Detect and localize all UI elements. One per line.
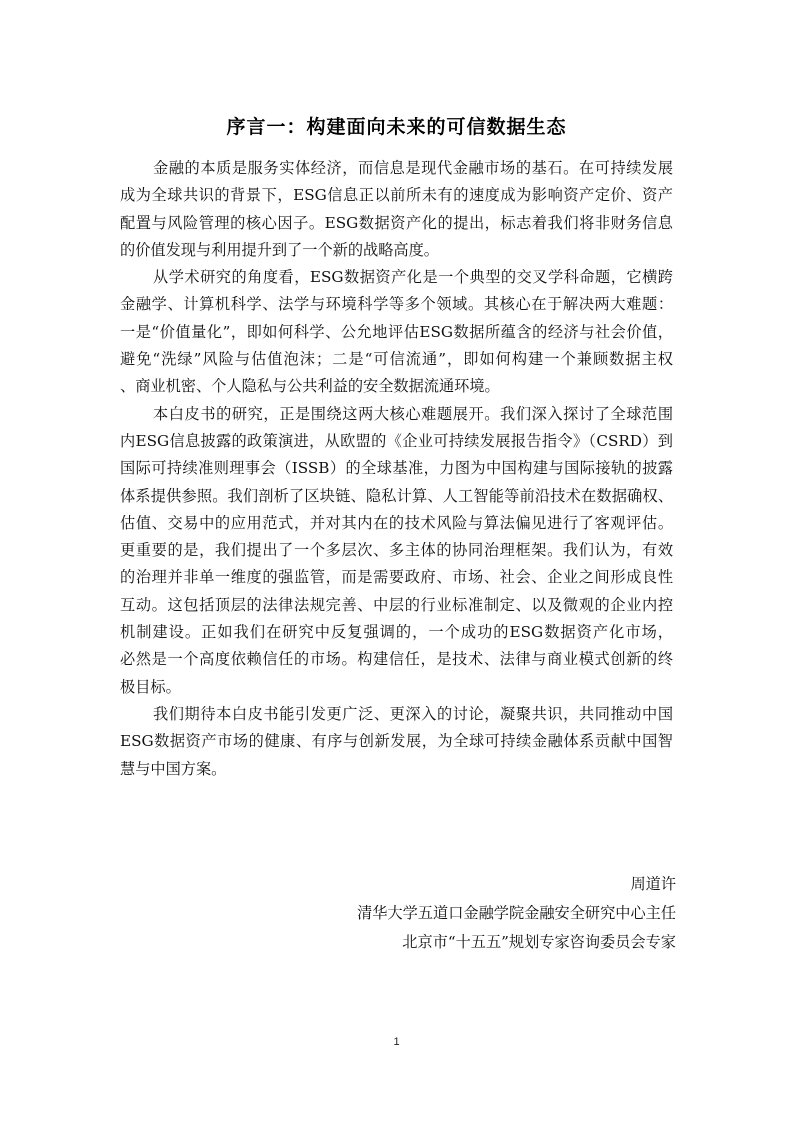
text-line: 互动。这包括顶层的法律法规完善、中层的行业标准制定、以及微观的企业内控 — [120, 592, 673, 619]
text-line: 的价值发现与利用提升到了一个新的战略高度。 — [120, 237, 673, 264]
text-line: ESG数据资产市场的健康、有序与创新发展，为全球可持续金融体系贡献中国智 — [120, 728, 673, 755]
text-line: 从学术研究的角度看，ESG数据资产化是一个典型的交叉学科命题，它横跨 — [120, 264, 673, 291]
text-line: 更重要的是，我们提出了一个多层次、多主体的协同治理框架。我们认为，有效 — [120, 537, 673, 564]
text-line: 机制建设。正如我们在研究中反复强调的，一个成功的ESG数据资产化市场， — [120, 619, 673, 646]
text-line: 金融学、计算机科学、法学与环境科学等多个领域。其核心在于解决两大难题： — [120, 291, 673, 318]
text-line: 一是“价值量化”，即如何科学、公允地评估ESG数据所蕴含的经济与社会价值， — [120, 319, 673, 346]
page-title: 序言一：构建面向未来的可信数据生态 — [0, 113, 793, 141]
text-line: 必然是一个高度依赖信任的市场。构建信任，是技术、法律与商业模式创新的终 — [120, 646, 673, 673]
paragraph-1: 金融的本质是服务实体经济，而信息是现代金融市场的基石。在可持续发展 成为全球共识… — [120, 155, 676, 264]
text-line: 体系提供参照。我们剖析了区块链、隐私计算、人工智能等前沿技术在数据确权、 — [120, 483, 673, 510]
text-line: 内ESG信息披露的政策演进，从欧盟的《企业可持续发展报告指令》（CSRD）到 — [120, 428, 673, 455]
paragraph-2: 从学术研究的角度看，ESG数据资产化是一个典型的交叉学科命题，它横跨 金融学、计… — [120, 264, 676, 400]
text-line: 慧与中国方案。 — [120, 756, 673, 783]
signature-block: 周道许 清华大学五道口金融学院金融安全研究中心主任 北京市“十五五”规划专家咨询… — [357, 870, 676, 957]
text-line: 极目标。 — [120, 674, 673, 701]
author-affiliation: 清华大学五道口金融学院金融安全研究中心主任 — [357, 899, 676, 928]
document-page: 序言一：构建面向未来的可信数据生态 金融的本质是服务实体经济，而信息是现代金融市… — [0, 0, 793, 1122]
author-name: 周道许 — [357, 870, 676, 899]
paragraph-3: 本白皮书的研究，正是围绕这两大核心难题展开。我们深入探讨了全球范围 内ESG信息… — [120, 401, 676, 701]
text-line: 、商业机密、个人隐私与公共利益的安全数据流通环境。 — [120, 373, 673, 400]
text-line: 避免“洗绿”风险与估值泡沫；二是“可信流通”，即如何构建一个兼顾数据主权 — [120, 346, 673, 373]
text-line: 金融的本质是服务实体经济，而信息是现代金融市场的基石。在可持续发展 — [120, 155, 673, 182]
text-line: 本白皮书的研究，正是围绕这两大核心难题展开。我们深入探讨了全球范围 — [120, 401, 673, 428]
text-line: 估值、交易中的应用范式，并对其内在的技术风险与算法偏见进行了客观评估。 — [120, 510, 673, 537]
text-line: 国际可持续准则理事会（ISSB）的全球基准，力图为中国构建与国际接轨的披露 — [120, 455, 673, 482]
document-body: 金融的本质是服务实体经济，而信息是现代金融市场的基石。在可持续发展 成为全球共识… — [120, 155, 676, 783]
text-line: 成为全球共识的背景下，ESG信息正以前所未有的速度成为影响资产定价、资产 — [120, 182, 673, 209]
text-line: 我们期待本白皮书能引发更广泛、更深入的讨论，凝聚共识，共同推动中国 — [120, 701, 673, 728]
author-affiliation: 北京市“十五五”规划专家咨询委员会专家 — [357, 928, 676, 957]
text-line: 配置与风险管理的核心因子。ESG数据资产化的提出，标志着我们将非财务信息 — [120, 210, 673, 237]
text-line: 的治理并非单一维度的强监管，而是需要政府、市场、社会、企业之间形成良性 — [120, 564, 673, 591]
paragraph-4: 我们期待本白皮书能引发更广泛、更深入的讨论，凝聚共识，共同推动中国 ESG数据资… — [120, 701, 676, 783]
page-number: 1 — [0, 1036, 793, 1048]
